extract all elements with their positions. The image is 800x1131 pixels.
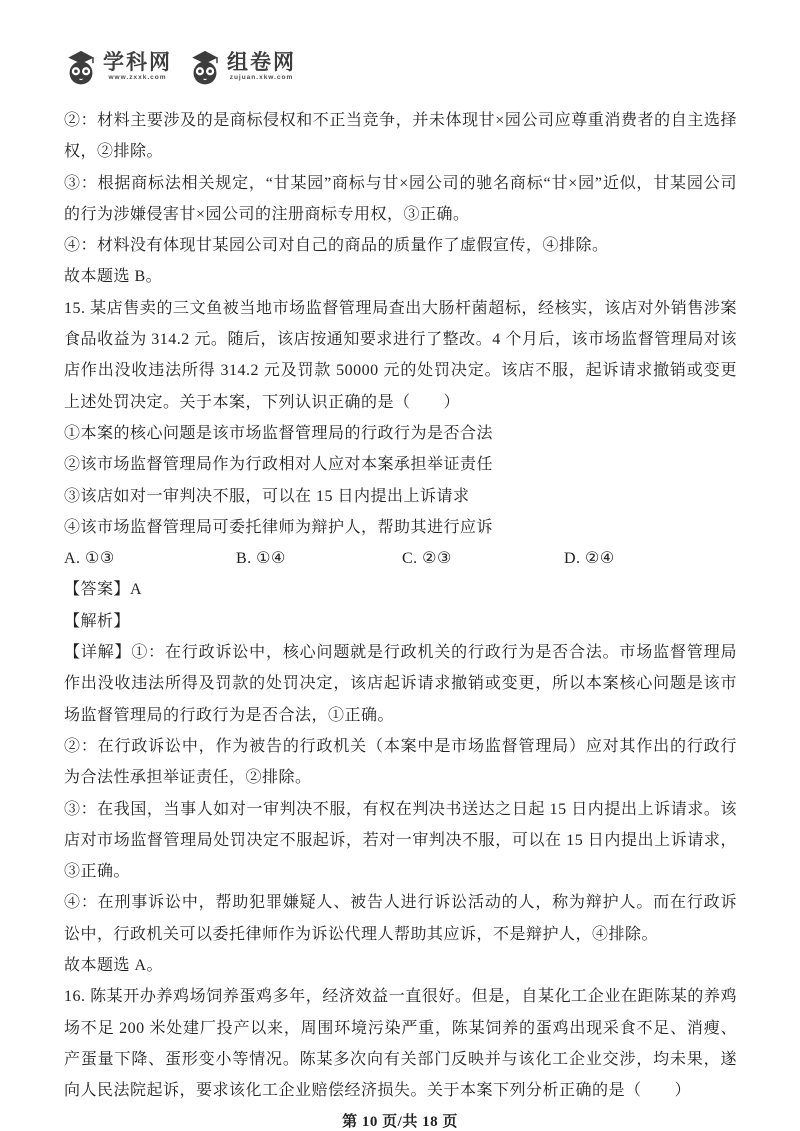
logo-title: 学科网 xyxy=(103,52,172,73)
q15-statement-4: ④该市场监督管理局可委托律师为辩护人，帮助其进行应诉 xyxy=(64,512,737,543)
q15-detail-point-1: 【详解】①：在行政诉讼中，核心问题就是行政机关的行政行为是否合法。市场监督管理局… xyxy=(64,637,737,731)
q15-conclusion: 故本题选 A。 xyxy=(64,950,737,981)
q15-detail-point-3: ③：在我国，当事人如对一审判决不服，有权在判决书送达之日起 15 日内提出上诉请… xyxy=(64,794,737,888)
q15-detail-point-4: ④：在刑事诉讼中，帮助犯罪嫌疑人、被告人进行诉讼活动的人，称为辩护人。而在行政诉… xyxy=(64,887,737,950)
q15-statement-3: ③该店如对一审判决不服，可以在 15 日内提出上诉请求 xyxy=(64,481,737,512)
q15-options-row: A. ①③ B. ①④ C. ②③ D. ②④ xyxy=(64,543,737,574)
option-a: A. ①③ xyxy=(64,543,236,574)
q15-detail-point-2: ②：在行政诉讼中，作为被告的行政机关（本案中是市场监督管理局）应对其作出的行政行… xyxy=(64,731,737,794)
page-number-indicator: 第 10 页/共 18 页 xyxy=(0,1109,800,1131)
header: 学科网 www.zxxk.com 组卷网 zujuan.xkw. xyxy=(0,0,800,92)
q15-analysis-label: 【解析】 xyxy=(64,606,737,637)
q15-statement-1: ①本案的核心问题是该市场监督管理局的行政行为是否合法 xyxy=(64,418,737,449)
logo-url: zujuan.xkw.com xyxy=(230,75,294,82)
q15-statement-2: ②该市场监督管理局作为行政相对人应对本案承担举证责任 xyxy=(64,449,737,480)
prev-question-point-3: ③：根据商标法相关规定，“甘某园”商标与甘×园公司的驰名商标“甘×园”近似，甘某… xyxy=(64,168,737,231)
logo-text: 组卷网 zujuan.xkw.com xyxy=(227,52,296,82)
prev-question-point-2: ②：材料主要涉及的是商标侵权和不正当竞争，并未体现甘×园公司应尊重消费者的自主选… xyxy=(64,105,737,168)
exam-document-page: 学科网 www.zxxk.com 组卷网 zujuan.xkw. xyxy=(0,0,800,1131)
zujuanwang-logo: 组卷网 zujuan.xkw.com xyxy=(188,48,296,86)
option-c: C. ②③ xyxy=(402,543,564,574)
logo-title: 组卷网 xyxy=(227,52,296,73)
option-d: D. ②④ xyxy=(564,543,737,574)
xuekewang-logo: 学科网 www.zxxk.com xyxy=(64,48,172,86)
question-16-stem: 16. 陈某开办养鸡场饲养蛋鸡多年，经济效益一直很好。但是，自某化工企业在距陈某… xyxy=(64,981,737,1106)
logo-text: 学科网 www.zxxk.com xyxy=(103,52,172,82)
document-body: ②：材料主要涉及的是商标侵权和不正当竞争，并未体现甘×园公司应尊重消费者的自主选… xyxy=(0,92,800,1107)
logo-url: www.zxxk.com xyxy=(109,75,167,82)
q15-answer: 【答案】A xyxy=(64,574,737,605)
prev-question-conclusion: 故本题选 B。 xyxy=(64,261,737,292)
owl-icon xyxy=(64,48,98,86)
question-15-stem: 15. 某店售卖的三文鱼被当地市场监督管理局查出大肠杆菌超标，经核实，该店对外销… xyxy=(64,293,737,418)
option-b: B. ①④ xyxy=(236,543,402,574)
owl-icon xyxy=(188,48,222,86)
prev-question-point-4: ④：材料没有体现甘某园公司对自己的商品的质量作了虚假宣传，④排除。 xyxy=(64,230,737,261)
